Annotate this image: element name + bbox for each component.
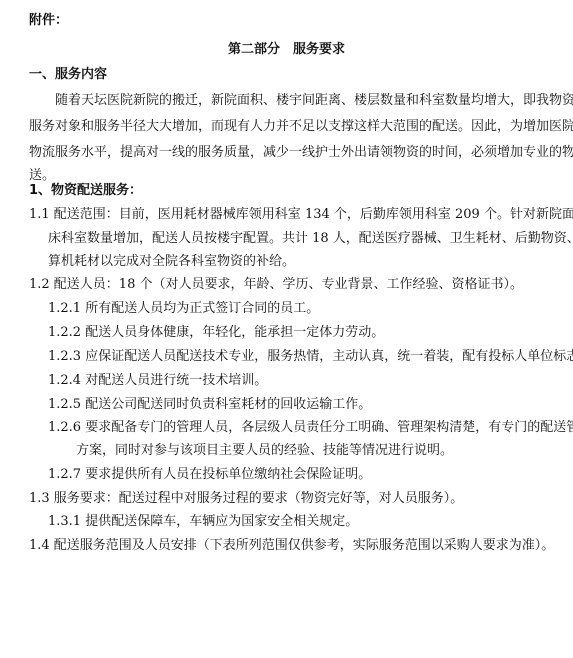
attachment-label: 附件：	[29, 13, 68, 29]
item-1-2-1: 1.2.1 所有配送人员均为正式签订合同的员工。	[48, 301, 319, 317]
item-1-1-line: 算机耗材以完成对全院各科室物资的补给。	[48, 254, 295, 270]
subsection-heading-material-delivery: 1、物资配送服务：	[29, 183, 142, 199]
item-1-2-4: 1.2.4 对配送人员进行统一技术培训。	[48, 373, 267, 389]
item-1-1-line: 床科室数量增加，配送人员按楼宇配置。共计 18 人，配送医疗器械、卫生耗材、后勤…	[48, 231, 550, 247]
paragraph-line: 送。	[29, 168, 55, 184]
page-title: 第二部分 服务要求	[0, 42, 573, 58]
item-1-4: 1.4 配送服务范围及人员安排（下表所列范围仅供参考，实际服务范围以采购人要求为…	[29, 538, 554, 554]
item-1-2-6-line: 1.2.6 要求配备专门的管理人员，各层级人员责任分工明确、管理架构清楚，有专门…	[48, 420, 550, 436]
item-1-2-6-line: 方案，同时对参与该项目主要人员的经验、技能等情况进行说明。	[76, 443, 453, 459]
paragraph-line: 物流服务水平，提高对一线的服务质量，减少一线护士外出请领物资的时间，必须增加专业…	[29, 145, 550, 161]
paragraph-line: 服务对象和服务半径大大增加，而现有人力并不足以支撑这样大范围的配送。因此，为增加…	[29, 119, 550, 135]
item-1-2-5: 1.2.5 配送公司配送同时负责科室耗材的回收运输工作。	[48, 397, 371, 413]
item-1-2-7: 1.2.7 要求提供所有人员在投标单位缴纳社会保险证明。	[48, 467, 371, 483]
item-1-2-2: 1.2.2 配送人员身体健康，年轻化，能承担一定体力劳动。	[48, 325, 384, 341]
item-1-1-line: 1.1 配送范围：目前，医用耗材器械库领用科室 134 个，后勤库领用科室 20…	[29, 207, 550, 223]
item-1-3-1: 1.3.1 提供配送保障车，车辆应为国家安全相关规定。	[48, 514, 358, 530]
item-1-3: 1.3 服务要求：配送过程中对服务过程的要求（物资完好等，对人员服务）。	[29, 491, 463, 507]
paragraph-line: 随着天坛医院新院的搬迁，新院面积、楼宇间距离、楼层数量和科室数量均增大，即我物资…	[55, 93, 550, 109]
section-heading-service-content: 一、服务内容	[29, 67, 107, 83]
item-1-2-3: 1.2.3 应保证配送人员配送技术专业，服务热情，主动认真，统一着装，配有投标人…	[48, 349, 573, 365]
item-1-2: 1.2 配送人员：18 个（对人员要求，年龄、学历、专业背景、工作经验、资格证书…	[29, 277, 523, 293]
